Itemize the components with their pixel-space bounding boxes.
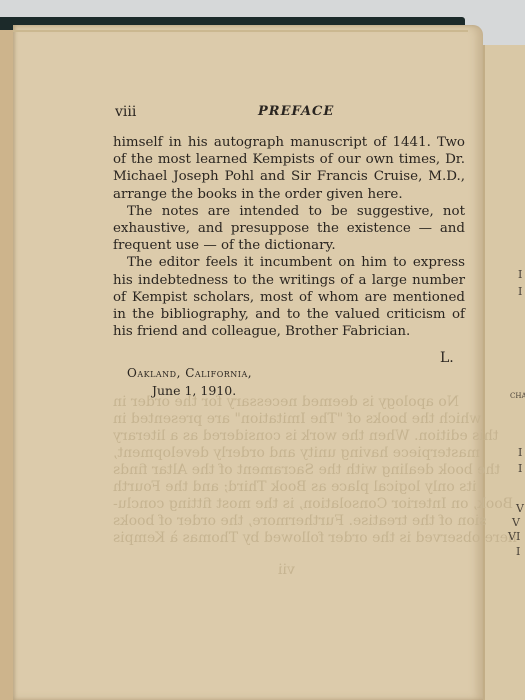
right-page-mark: V <box>512 516 520 529</box>
paragraph: himself in his autograph manuscript of 1… <box>113 134 465 203</box>
paragraph: The editor feels it incumbent on him to … <box>113 254 465 340</box>
book-page-left <box>13 25 483 700</box>
page-number: viii <box>115 104 136 120</box>
right-page-mark: CHA <box>510 392 525 400</box>
date-line: June 1, 1910. <box>152 383 236 398</box>
right-page-mark: V <box>516 502 524 515</box>
right-page-mark: I <box>516 545 520 558</box>
show-through-line: here observed is the order followed by T… <box>113 528 517 548</box>
right-page-mark: I <box>518 462 522 475</box>
right-page-mark: I <box>518 268 522 281</box>
right-page-mark: I <box>518 285 522 298</box>
book-page-right <box>483 45 525 700</box>
preface-body: himself in his autograph manuscript of 1… <box>113 134 465 340</box>
running-head: PREFACE <box>258 104 334 119</box>
place-line: Oakland, California, <box>127 366 252 380</box>
right-page-mark: VI <box>508 530 520 543</box>
paragraph: The notes are intended to be suggestive,… <box>113 203 465 255</box>
show-through-folio: vii <box>278 560 295 580</box>
right-page-mark: I <box>518 446 522 459</box>
signature: L. <box>440 350 454 366</box>
page-top-edge <box>13 30 468 32</box>
